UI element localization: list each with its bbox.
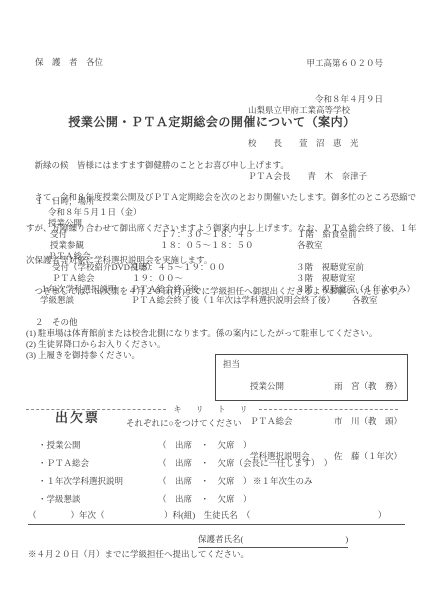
schedule-place: ３階 視聴覚室（１年次のみ） xyxy=(296,284,415,295)
note-item: (2) 生徒昇降口からお入りください。 xyxy=(26,339,166,350)
attendance-choice: （ 出席 ・ 欠席 ） xyxy=(158,494,252,505)
attendance-item-label: ・ＰＴＡ総会 xyxy=(38,458,89,469)
contact-box-label: 担当 xyxy=(223,358,250,400)
schedule-row: 学級懇談 ＰＴＡ総会終了後（１年次は学科選択説明会終了後） 各教室 xyxy=(0,295,424,306)
recipient: 保 護 者 各位 xyxy=(35,57,103,68)
schedule-row: １年次学科選択説明 ＰＴＡ総会終了後 ３階 視聴覚室（１年次のみ） xyxy=(0,284,424,295)
schedule-place: 各教室 xyxy=(352,295,378,306)
event-date: 令和８年５月１日（金） xyxy=(48,207,142,218)
schedule-time: １７：３０～１８：４５ xyxy=(160,229,254,240)
attendance-row: ・ＰＴＡ総会 （ 出席 ・ 欠席（会長に一任します） ） xyxy=(0,458,424,469)
body-line: 新緑の候 皆様にはますます御健勝のこととお喜び申し上げます。 xyxy=(26,160,410,171)
attendance-item-label: ・学級懇談 xyxy=(38,494,81,505)
attendance-slip-title: 出欠票 xyxy=(55,412,100,423)
student-name-field: （ ）年次（ ）科(組) 生徒氏名 （ ） xyxy=(28,510,405,525)
schedule-place: ３階 視聴覚室 xyxy=(296,273,356,284)
schedule-place: 各教室 xyxy=(297,240,323,251)
schedule-row: 受付 １７：３０～１８：４５ １階 給食室前 xyxy=(0,229,424,240)
section2-heading: ２ その他 xyxy=(35,317,78,328)
document-title: 授業公開・ＰＴＡ定期総会の開催について（案内） xyxy=(0,117,424,128)
contact-person: 雨 宮（教 務） xyxy=(334,380,402,393)
schedule-row: ＰＴＡ総会 １９：００～ ３階 視聴覚室 xyxy=(0,273,424,284)
schedule-label: 学級懇談 xyxy=(40,295,74,306)
note-item: (3) 上履きを御持参ください。 xyxy=(26,350,140,361)
note-item: (1) 駐車場は体育館前または校舎北側になります。係の案内にしたがって駐車してく… xyxy=(26,328,377,339)
schedule-label: 受付 xyxy=(50,229,67,240)
attendance-instruction: それぞれに○をつけてください xyxy=(126,418,242,429)
schedule-time: １８：０５～１８：５０ xyxy=(160,240,254,251)
document-page: 甲工高第６０２０号 令和８年４月９日 保 護 者 各位 山梨県立甲府工業高等学校… xyxy=(0,0,424,600)
attendance-choice: （ 出席 ・ 欠席 ） xyxy=(158,476,252,487)
schedule-label: １年次学科選択説明 xyxy=(40,284,117,295)
attendance-item-label: ・授業公開 xyxy=(38,440,81,451)
attendance-item-label: ・１年次学科選択説明 xyxy=(38,476,123,487)
schedule-time: ＰＴＡ総会終了後（１年次は学科選択説明会終了後） xyxy=(131,295,335,306)
contact-event: ＰＴＡ総会 xyxy=(250,415,334,428)
section1-heading: １ 日時，場所 xyxy=(35,196,95,207)
cut-line-label: キ リ ト リ xyxy=(166,404,259,415)
schedule-row: 授業参観 １８：０５～１８：５０ 各教室 xyxy=(0,240,424,251)
contact-row: 授業公開 雨 宮（教 務） xyxy=(250,380,402,393)
attendance-row: ・１年次学科選択説明 （ 出席 ・ 欠席 ） ※１年次生のみ xyxy=(0,476,424,487)
doc-number: 甲工高第６０２０号 xyxy=(306,57,383,69)
pta-meeting-header: ＰＴＡ総会 xyxy=(48,251,91,262)
guardian-name-field: 保護者氏名( ) xyxy=(198,534,348,548)
open-class-header: 授業公開 xyxy=(48,218,82,229)
schedule-row: 受付（学校紹介DVD視聴） １８：４５～１９：００ ３階 視聴覚室前 xyxy=(0,262,424,273)
attendance-choice: （ 出席 ・ 欠席（会長に一任します） ） xyxy=(158,458,332,469)
schedule-label: 授業参観 xyxy=(50,240,84,251)
cut-line-dash xyxy=(259,409,399,410)
submission-footnote: ※４月２０日（月）までに学級担任へ提出してください。 xyxy=(28,549,249,560)
attendance-row: ・学級懇談 （ 出席 ・ 欠席 ） xyxy=(0,494,424,505)
schedule-place: ３階 視聴覚室前 xyxy=(296,262,364,273)
schedule-time: ＰＴＡ総会終了後 xyxy=(131,284,199,295)
contact-row: ＰＴＡ総会 市 川（教 頭） xyxy=(250,415,402,428)
schedule-time: １９：００～ xyxy=(132,273,183,284)
schedule-label: ＰＴＡ総会 xyxy=(52,273,95,284)
attendance-row: ・授業公開 （ 出席 ・ 欠席 ） xyxy=(0,440,424,451)
contact-person: 市 川（教 頭） xyxy=(334,415,402,428)
contact-persons-box: 担当 授業公開 雨 宮（教 務） ＰＴＡ総会 市 川（教 頭） 学科選択説明会 … xyxy=(215,354,408,401)
attendance-note: ※１年次生のみ xyxy=(253,476,313,487)
schedule-place: １階 給食室前 xyxy=(297,229,357,240)
attendance-choice: （ 出席 ・ 欠席 ） xyxy=(158,440,252,451)
contact-rows: 授業公開 雨 宮（教 務） ＰＴＡ総会 市 川（教 頭） 学科選択説明会 佐 藤… xyxy=(250,358,402,400)
schedule-time: １８：４５～１９：００ xyxy=(132,262,226,273)
contact-event: 授業公開 xyxy=(250,380,334,393)
